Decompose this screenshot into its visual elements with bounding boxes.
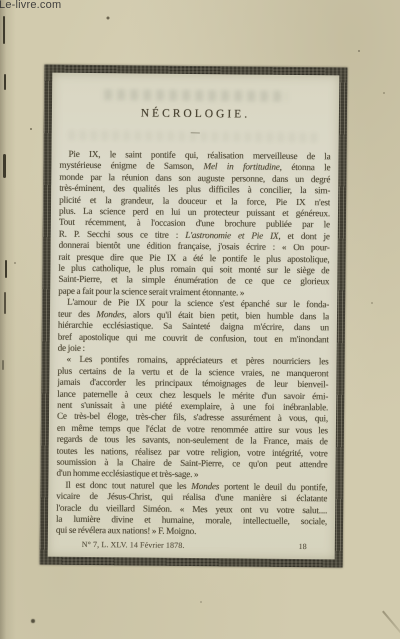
page-border-frame: NÉCROLOGIE. — Pie IX, le saint pontife q… xyxy=(40,65,348,568)
spine-mark xyxy=(4,74,6,90)
paragraph: L'amour de Pie IX pour la science s'est … xyxy=(58,297,330,357)
watermark-text: Le-livre.com xyxy=(0,0,61,11)
spine-mark xyxy=(2,360,4,370)
scanned-book-page: Le-livre.com NÉCROLOGIE. — Pie IX, le sa… xyxy=(0,0,400,639)
showthrough-artifact xyxy=(104,89,288,102)
page-number: 18 xyxy=(299,542,307,551)
paragraph: « Les pontifes romains, appréciateurs et… xyxy=(56,354,328,482)
text-line: qui se révélera aux nations! » F. Moigno… xyxy=(56,525,327,539)
article-title: NÉCROLOGIE. xyxy=(60,107,331,122)
footer-line: N° 7, L. XLV. 14 Février 1878. 18 xyxy=(56,540,327,552)
spine-mark xyxy=(5,260,7,278)
section-divider: — xyxy=(60,126,331,139)
paper-specks xyxy=(0,0,2,2)
spine-mark xyxy=(4,292,6,314)
page-content: NÉCROLOGIE. — Pie IX, le saint pontife q… xyxy=(48,73,340,560)
corner-crease xyxy=(382,611,400,633)
spine-mark xyxy=(3,154,6,178)
spine-mark xyxy=(3,16,5,44)
issue-info: N° 7, L. XLV. 14 Février 1878. xyxy=(82,540,185,550)
text-block: Pie IX, le saint pontife qui, réalisatio… xyxy=(56,149,331,539)
book-spine-edge xyxy=(0,0,16,639)
paragraph: Il est donc tout naturel que les Mondes … xyxy=(56,479,328,539)
paragraph: Pie IX, le saint pontife qui, réalisatio… xyxy=(58,149,330,300)
